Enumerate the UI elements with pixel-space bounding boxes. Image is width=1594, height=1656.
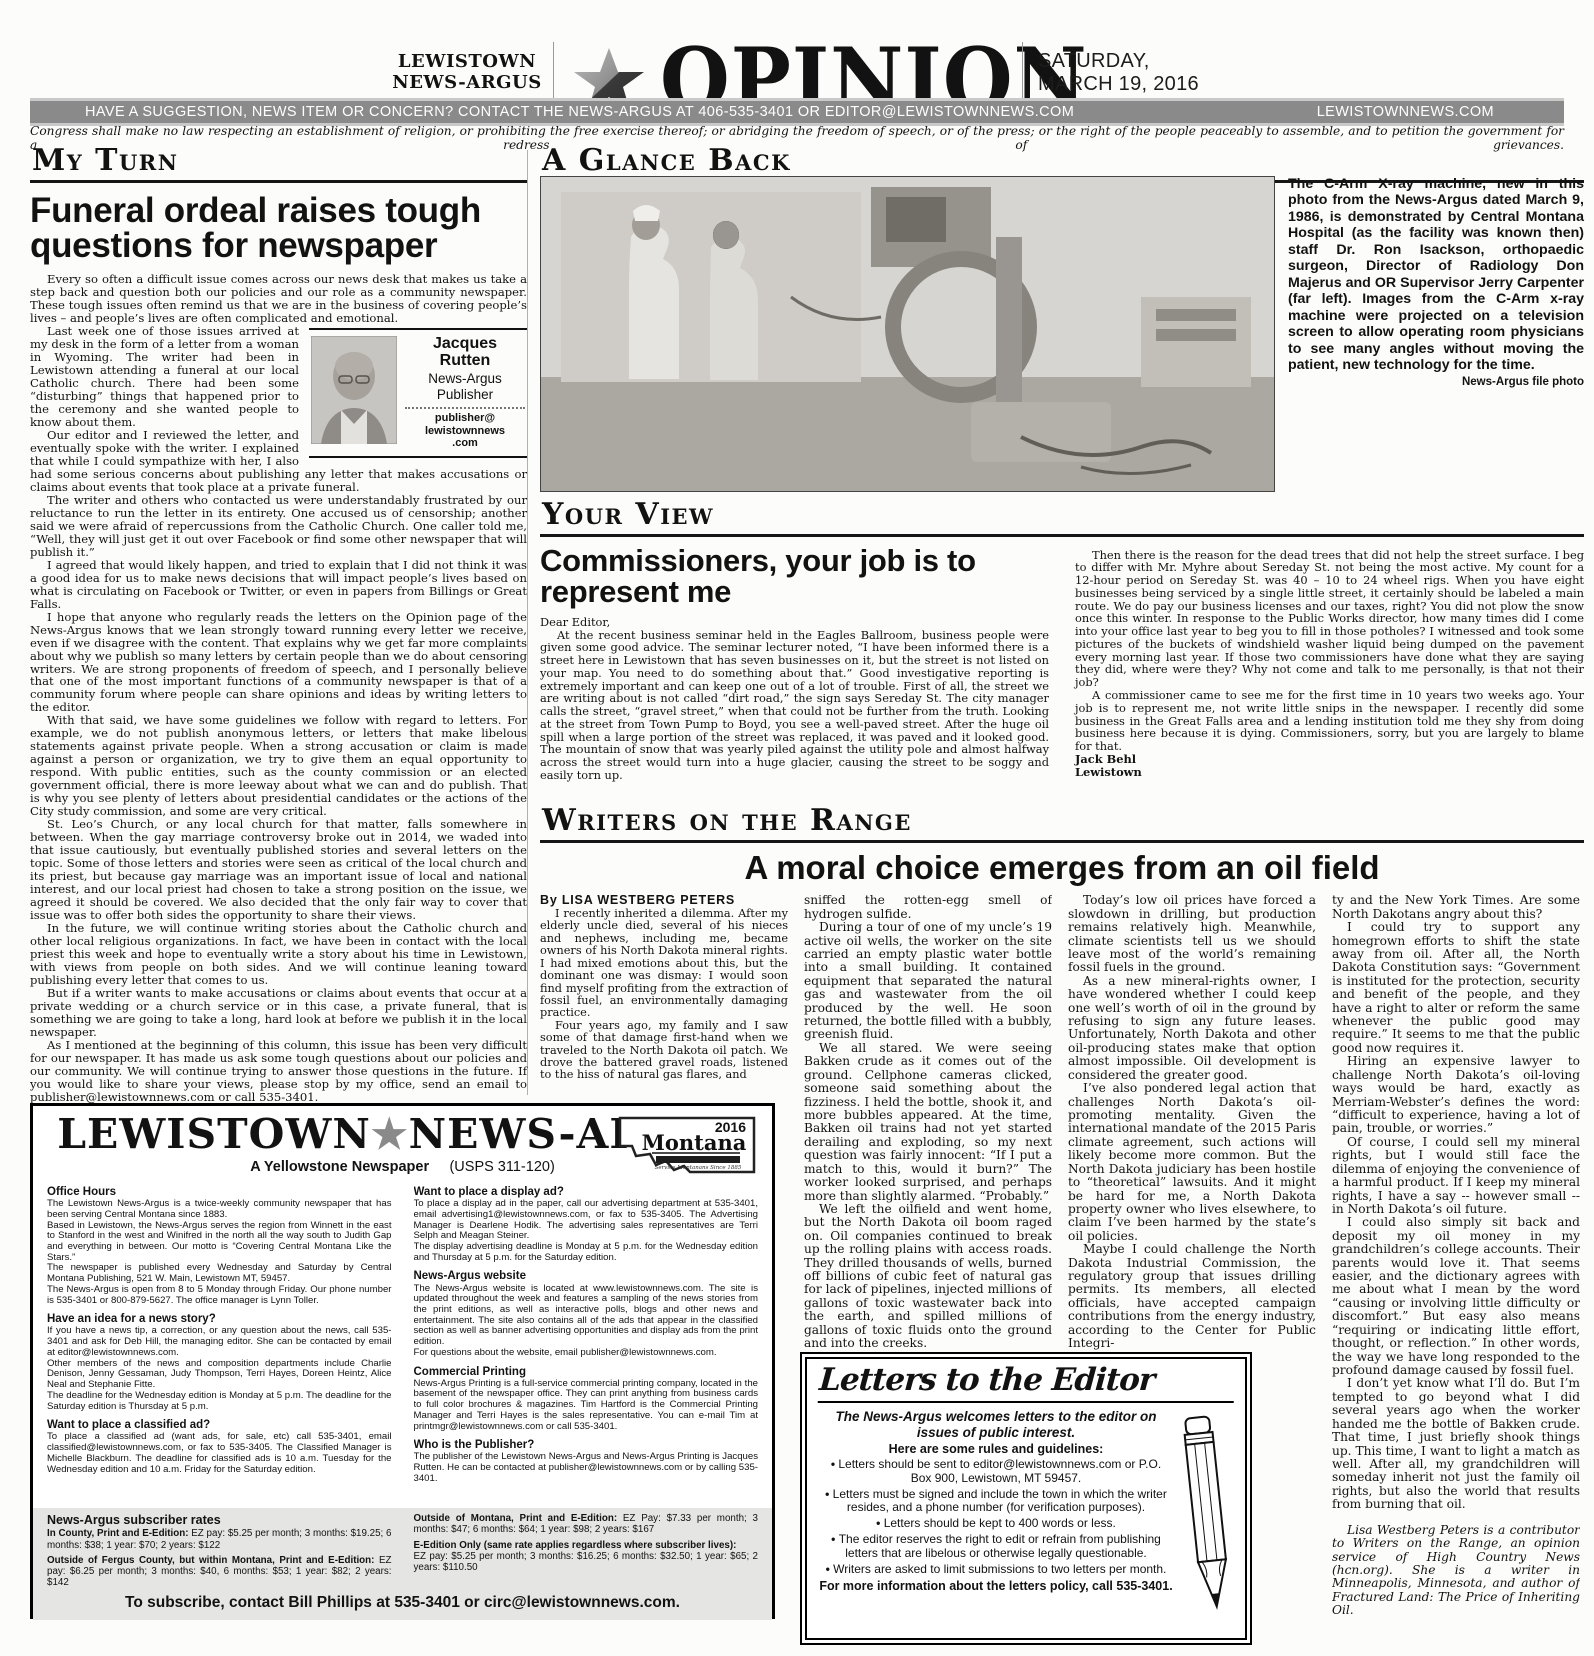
paragraph: We left the oilfield and went home, but …	[804, 1203, 1052, 1351]
author-byline-box: Jacques Rutten News-Argus Publisher publ…	[309, 328, 527, 458]
info-usps: (USPS 311-120)	[449, 1159, 554, 1175]
paragraph: I could also simply sit back and deposit…	[1332, 1216, 1580, 1377]
info-logo-left: LEWISTOWN	[57, 1110, 371, 1158]
paragraph: As a new mineral-rights owner, I have wo…	[1068, 975, 1316, 1082]
author-email: publisher@ lewistownnews .com	[405, 407, 525, 450]
paragraph: ty and the New York Times. Are some Nort…	[1332, 894, 1580, 921]
letter-column-1: Commissioners, your job is to represent …	[540, 545, 1049, 782]
paragraph: Of course, I could sell my mineral right…	[1332, 1136, 1580, 1217]
paragraph: I could try to support any homegrown eff…	[1332, 921, 1580, 1055]
paragraph: I’ve also pondered legal action that cha…	[1068, 1082, 1316, 1243]
newspaper-info-box: LEWISTOWN★NEWS-ARGUS A Yellowstone Newsp…	[30, 1103, 775, 1619]
svg-text:Montana: Montana	[642, 1130, 747, 1155]
oil-column-3: Today’s low oil prices have forced a slo…	[1068, 894, 1316, 1352]
paragraph: Every so often a difficult issue comes a…	[30, 273, 527, 325]
author-title-2: Publisher	[405, 388, 525, 403]
section-title: Commercial Printing	[414, 1366, 759, 1378]
author-bio: Lisa Westberg Peters is a contributor to…	[1332, 1524, 1580, 1618]
paragraph: The writer and others who contacted us w…	[30, 494, 527, 559]
date-line1: SATURDAY,	[1038, 50, 1150, 72]
newspaper-page: LEWISTOWN NEWS-ARGUS OPINION SATURDAY, M…	[0, 0, 1594, 1656]
paragraph: During a tour of one of my uncle’s 19 ac…	[804, 921, 1052, 1042]
column-divider	[527, 150, 528, 1095]
letters-box-title: Letters to the Editor	[818, 1365, 1237, 1403]
photo-credit: News-Argus file photo	[1288, 376, 1584, 388]
letters-rule: Writers are asked to limit submissions t…	[819, 1563, 1235, 1577]
paragraph: St. Leo’s Church, or any local church fo…	[30, 818, 527, 922]
section-title: Want to place a classified ad?	[47, 1419, 392, 1431]
letters-rule: Letters must be signed and include the t…	[819, 1488, 1235, 1516]
oil-byline: By LISA WESTBERG PETERS	[540, 894, 788, 908]
jacques-rutten-photo	[311, 336, 397, 444]
oil-column-2: sniffed the rotten-egg smell of hydrogen…	[804, 894, 1052, 1352]
my-turn-kicker: My Turn	[30, 146, 527, 183]
letters-rule: The editor reserves the right to edit or…	[819, 1533, 1235, 1561]
paragraph: Hiring an expensive lawyer to challenge …	[1332, 1055, 1580, 1136]
rates-title: News-Argus subscriber rates	[47, 1513, 392, 1527]
letter-salutation: Dear Editor,	[540, 616, 1049, 629]
subscribe-line: To subscribe, contact Bill Phillips at 5…	[47, 1593, 758, 1616]
masthead-line1: LEWISTOWN	[392, 52, 542, 73]
author-first-name: Jacques	[405, 336, 525, 353]
letter-headline: Commissioners, your job is to represent …	[540, 545, 1049, 608]
info-right-column: Want to place a display ad? To place a d…	[414, 1186, 759, 1502]
author-title-1: News-Argus	[405, 372, 525, 387]
oil-column-4: ty and the New York Times. Are some Nort…	[1332, 894, 1580, 1652]
glance-back-photo	[540, 176, 1275, 492]
writers-range-kicker: Writers on the Range	[540, 806, 1584, 843]
masthead-line2: NEWS-ARGUS	[392, 73, 542, 94]
contact-bar: HAVE A SUGGESTION, NEWS ITEM OR CONCERN?…	[30, 98, 1564, 126]
paragraph: As I mentioned at the beginning of this …	[30, 1039, 527, 1104]
paragraph: Today’s low oil prices have forced a slo…	[1068, 894, 1316, 975]
letters-footer: For more information about the letters p…	[819, 1579, 1235, 1593]
paragraph: sniffed the rotten-egg smell of hydrogen…	[804, 894, 1052, 921]
letter-signature-name: Jack Behl	[1075, 753, 1584, 766]
paragraph: I hope that anyone who regularly reads t…	[30, 611, 527, 715]
letters-rule: Letters should be kept to 400 words or l…	[819, 1517, 1235, 1531]
oil-column-1: By LISA WESTBERG PETERS I recently inher…	[540, 894, 788, 1094]
contact-bar-website: LEWISTOWNNEWS.COM	[1317, 104, 1494, 120]
paragraph: Then there is the reason for the dead tr…	[1075, 549, 1584, 689]
info-box-header: LEWISTOWN★NEWS-ARGUS A Yellowstone Newsp…	[33, 1106, 772, 1180]
paragraph: Maybe I could challenge the North Dakota…	[1068, 1243, 1316, 1350]
my-turn-headline: Funeral ordeal raises tough questions fo…	[30, 193, 527, 264]
your-view-section: Your View Commissioners, your job is to …	[540, 500, 1584, 782]
paragraph: But if a writer wants to make accusation…	[30, 987, 527, 1039]
paragraph: We all stared. We were seeing Bakken cru…	[804, 1042, 1052, 1203]
contact-bar-text: HAVE A SUGGESTION, NEWS ITEM OR CONCERN?…	[85, 104, 1074, 120]
date-line2: MARCH 19, 2016	[1038, 73, 1199, 95]
letter-column-2: Then there is the reason for the dead tr…	[1075, 545, 1584, 782]
paragraph: With that said, we have some guidelines …	[30, 714, 527, 818]
section-title: Have an idea for a news story?	[47, 1313, 392, 1325]
section-title: News-Argus website	[414, 1270, 759, 1282]
montana-newspaper-association-logo: 2016 Montana Service Montanans Since 188…	[612, 1108, 762, 1180]
rates-right: Outside of Montana, Print and E-Edition:…	[414, 1513, 759, 1593]
paragraph: A commissioner came to see me for the fi…	[1075, 689, 1584, 753]
your-view-kicker: Your View	[540, 500, 1584, 537]
author-last-name: Rutten	[405, 353, 525, 370]
oil-field-headline: A moral choice emerges from an oil field	[540, 851, 1584, 885]
paragraph: At the recent business seminar held in t…	[540, 629, 1049, 782]
section-title: Who is the Publisher?	[414, 1439, 759, 1451]
my-turn-section: My Turn Funeral ordeal raises tough ques…	[30, 146, 527, 1104]
photo-caption: The C-Arm X-ray machine, new in this pho…	[1288, 176, 1584, 374]
subscriber-rates: News-Argus subscriber rates In County, P…	[33, 1508, 772, 1620]
rates-left: News-Argus subscriber rates In County, P…	[47, 1513, 392, 1593]
section-title: Want to place a display ad?	[414, 1186, 759, 1198]
paragraph: I don’t yet know what I’ll do. But I’m t…	[1332, 1377, 1580, 1511]
newspaper-masthead: LEWISTOWN NEWS-ARGUS	[392, 52, 542, 93]
info-left-column: Office Hours The Lewistown News-Argus is…	[47, 1186, 392, 1502]
glance-back-caption-block: The C-Arm X-ray machine, new in this pho…	[1288, 176, 1584, 388]
paragraph: I recently inherited a dilemma. After my…	[540, 908, 788, 1020]
paragraph: Four years ago, my family and I saw some…	[540, 1020, 788, 1082]
letter-signature-town: Lewistown	[1075, 766, 1584, 779]
svg-text:Service Montanans Since 1885: Service Montanans Since 1885	[655, 1165, 742, 1171]
info-tagline: A Yellowstone Newspaper	[250, 1159, 429, 1175]
paragraph: I agreed that would likely happen, and t…	[30, 559, 527, 611]
section-title: Office Hours	[47, 1186, 392, 1198]
letters-to-editor-box: Letters to the Editor The News-Argus wel…	[800, 1352, 1252, 1645]
paragraph: In the future, we will continue writing …	[30, 922, 527, 987]
star-icon: ★	[371, 1110, 409, 1158]
my-turn-body: Every so often a difficult issue comes a…	[30, 273, 527, 1104]
